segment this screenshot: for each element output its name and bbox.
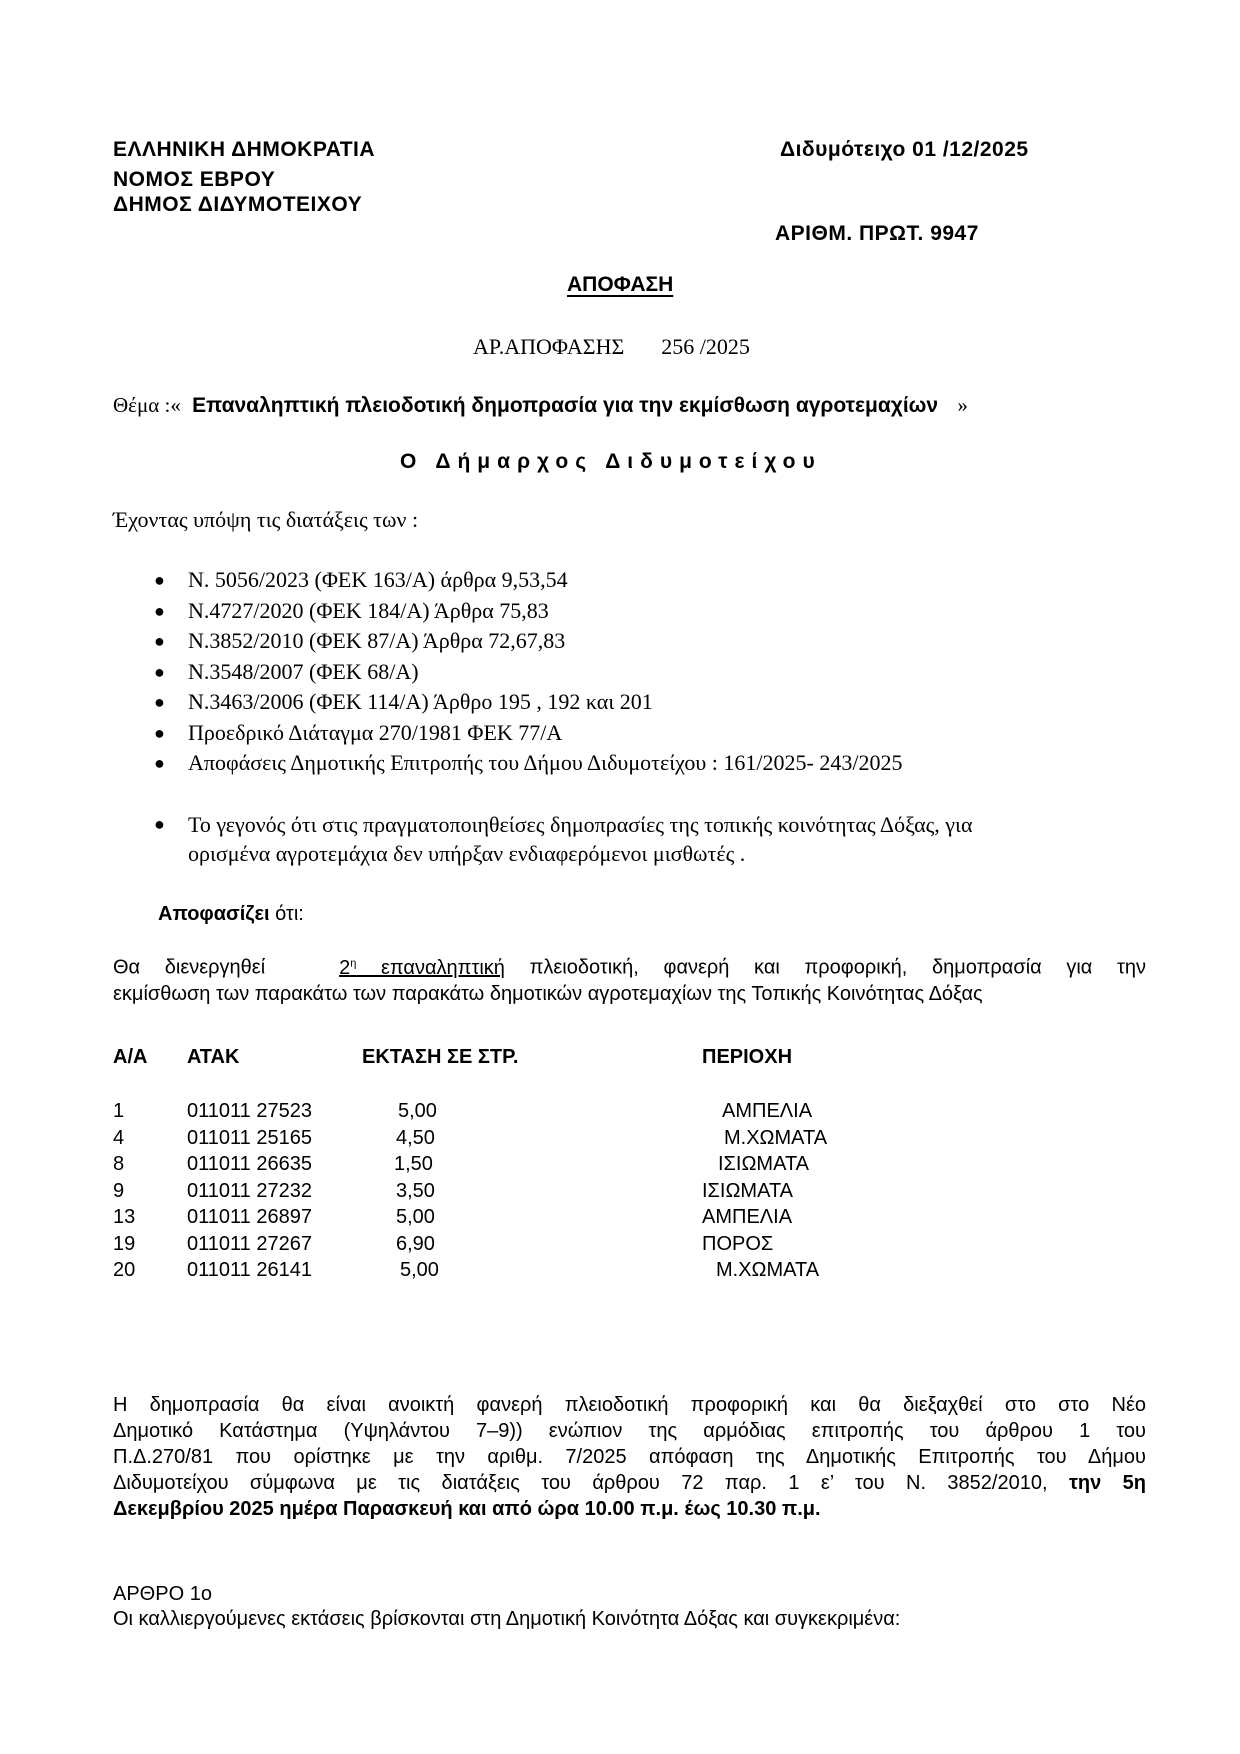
auction-details-paragraph: Η δημοπρασία θα είναι ανοικτή φανερή πλε… xyxy=(113,1392,1146,1522)
col-header-region: ΠΕΡΙΟΧΗ xyxy=(702,1046,1002,1076)
bullet-icon: ● xyxy=(154,810,165,839)
list-item: ●Ν.3548/2007 (ΦΕΚ 68/Α) xyxy=(154,657,902,688)
list-item: ●Ν. 5056/2023 (ΦΕΚ 163/Α) άρθρα 9,53,54 xyxy=(154,565,902,596)
subject-label: Θέμα :« xyxy=(113,393,181,417)
header-municipality: ΔΗΜΟΣ ΔΙΔΥΜΟΤΕΙΧΟΥ xyxy=(113,193,362,217)
bullet-icon: ● xyxy=(154,657,165,688)
table-row: 4 011011 25165 4,50 Μ.ΧΩΜΑΤΑ xyxy=(113,1125,1002,1152)
table-row: 19 011011 27267 6,90 ΠΟΡΟΣ xyxy=(113,1231,1002,1258)
col-header-atak: ΑΤΑΚ xyxy=(187,1046,362,1076)
repeat-auction-label: 2η επαναληπτική xyxy=(339,957,505,979)
header-prefecture: ΝΟΜΟΣ ΕΒΡΟΥ xyxy=(113,168,275,192)
plots-table: Α/Α ΑΤΑΚ ΕΚΤΑΣΗ ΣΕ ΣΤΡ. ΠΕΡΙΟΧΗ 1 011011… xyxy=(113,1046,1002,1284)
bullet-icon: ● xyxy=(154,565,165,596)
decision-number-value: 256 /2025 xyxy=(661,334,750,359)
list-item: ●Αποφάσεις Δημοτικής Επιτροπής του Δήμου… xyxy=(154,748,902,779)
col-header-aa: Α/Α xyxy=(113,1046,187,1076)
auction-date-start: την 5η xyxy=(1069,1472,1146,1494)
auction-line-4: Διδυμοτείχου σύμφωνα με τις διατάξεις το… xyxy=(113,1470,1146,1496)
subject-close: » xyxy=(957,393,968,417)
considering-intro: Έχοντας υπόψη τις διατάξεις των : xyxy=(113,507,418,533)
fact-item: ● Το γεγονός ότι στις πραγματοποιηθείσες… xyxy=(154,810,1104,868)
protocol-number: ΑΡΙΘΜ. ΠΡΩΤ. 9947 xyxy=(775,222,979,246)
bullet-icon: ● xyxy=(154,596,165,627)
auction-line-1: Η δημοπρασία θα είναι ανοικτή φανερή πλε… xyxy=(113,1392,1146,1418)
article-1-text: Οι καλλιεργούμενες εκτάσεις βρίσκονται σ… xyxy=(113,1608,900,1631)
bullet-icon: ● xyxy=(154,748,165,779)
subject-text: Επαναληπτική πλειοδοτική δημοπρασία για … xyxy=(192,394,938,417)
table-row: 13 011011 26897 5,00 ΑΜΠΕΛΙΑ xyxy=(113,1204,1002,1231)
decides-bold: Αποφασίζει xyxy=(158,903,270,925)
page-title: ΑΠΟΦΑΣΗ xyxy=(567,273,673,297)
decides-heading: Αποφασίζει ότι: xyxy=(158,903,304,926)
list-item: ●Προεδρικό Διάταγμα 270/1981 ΦΕΚ 77/Α xyxy=(154,718,902,749)
header-country: ΕΛΛΗΝΙΚΗ ΔΗΜΟΚΡΑΤΙΑ xyxy=(113,138,375,162)
col-header-area: ΕΚΤΑΣΗ ΣΕ ΣΤΡ. xyxy=(362,1046,702,1076)
auction-line-2: Δημοτικό Κατάστημα (Υψηλάντου 7–9)) ενώπ… xyxy=(113,1418,1146,1444)
decision-number-label: ΑΡ.ΑΠΟΦΑΣΗΣ xyxy=(473,334,624,359)
list-item: ●Ν.3463/2006 (ΦΕΚ 114/Α) Άρθρο 195 , 192… xyxy=(154,687,902,718)
table-row: 9 011011 27232 3,50 ΙΣΙΩΜΑΤΑ xyxy=(113,1178,1002,1205)
bullet-icon: ● xyxy=(154,687,165,718)
table-row: 1 011011 27523 5,00 ΑΜΠΕΛΙΑ xyxy=(113,1098,1002,1125)
list-item: ●Ν.3852/2010 (ΦΕΚ 87/Α) Άρθρα 72,67,83 xyxy=(154,626,902,657)
list-item: ●Ν.4727/2020 (ΦΕΚ 184/Α) Άρθρα 75,83 xyxy=(154,596,902,627)
issuer: Ο Δήμαρχος Διδυμοτείχου xyxy=(400,450,822,474)
place-date: Διδυμότειχο 01 /12/2025 xyxy=(780,138,1029,162)
laws-list: ●Ν. 5056/2023 (ΦΕΚ 163/Α) άρθρα 9,53,54 … xyxy=(154,565,902,779)
decides-rest: ότι: xyxy=(270,903,304,925)
bullet-icon: ● xyxy=(154,718,165,749)
intro-line-1: Θα διενεργηθεί 2η επαναληπτική πλειοδοτι… xyxy=(113,950,1146,981)
auction-line-3: Π.Δ.270/81 που ορίστηκε με την αριθμ. 7/… xyxy=(113,1444,1146,1470)
table-header-row: Α/Α ΑΤΑΚ ΕΚΤΑΣΗ ΣΕ ΣΤΡ. ΠΕΡΙΟΧΗ xyxy=(113,1046,1002,1076)
intro-line-2: εκμίσθωση των παρακάτω των παρακάτω δημο… xyxy=(113,981,1146,1007)
auction-intro-paragraph: Θα διενεργηθεί 2η επαναληπτική πλειοδοτι… xyxy=(113,950,1146,1007)
decision-number: ΑΡ.ΑΠΟΦΑΣΗΣ 256 /2025 xyxy=(473,334,750,360)
fact-line-2: ορισμένα αγροτεμάχια δεν υπήρξαν ενδιαφε… xyxy=(154,839,1104,868)
auction-date-time: Δεκεμβρίου 2025 ημέρα Παρασκευή και από … xyxy=(113,1496,1146,1522)
fact-line-1: Το γεγονός ότι στις πραγματοποιηθείσες δ… xyxy=(154,810,1104,839)
table-row: 8 011011 26635 1,50 ΙΣΙΩΜΑΤΑ xyxy=(113,1151,1002,1178)
subject-line: Θέμα :« Επαναληπτική πλειοδοτική δημοπρα… xyxy=(113,393,968,418)
article-1-title: ΑΡΘΡΟ 1ο xyxy=(113,1583,212,1606)
bullet-icon: ● xyxy=(154,626,165,657)
table-row: 20 011011 26141 5,00 Μ.ΧΩΜΑΤΑ xyxy=(113,1257,1002,1284)
